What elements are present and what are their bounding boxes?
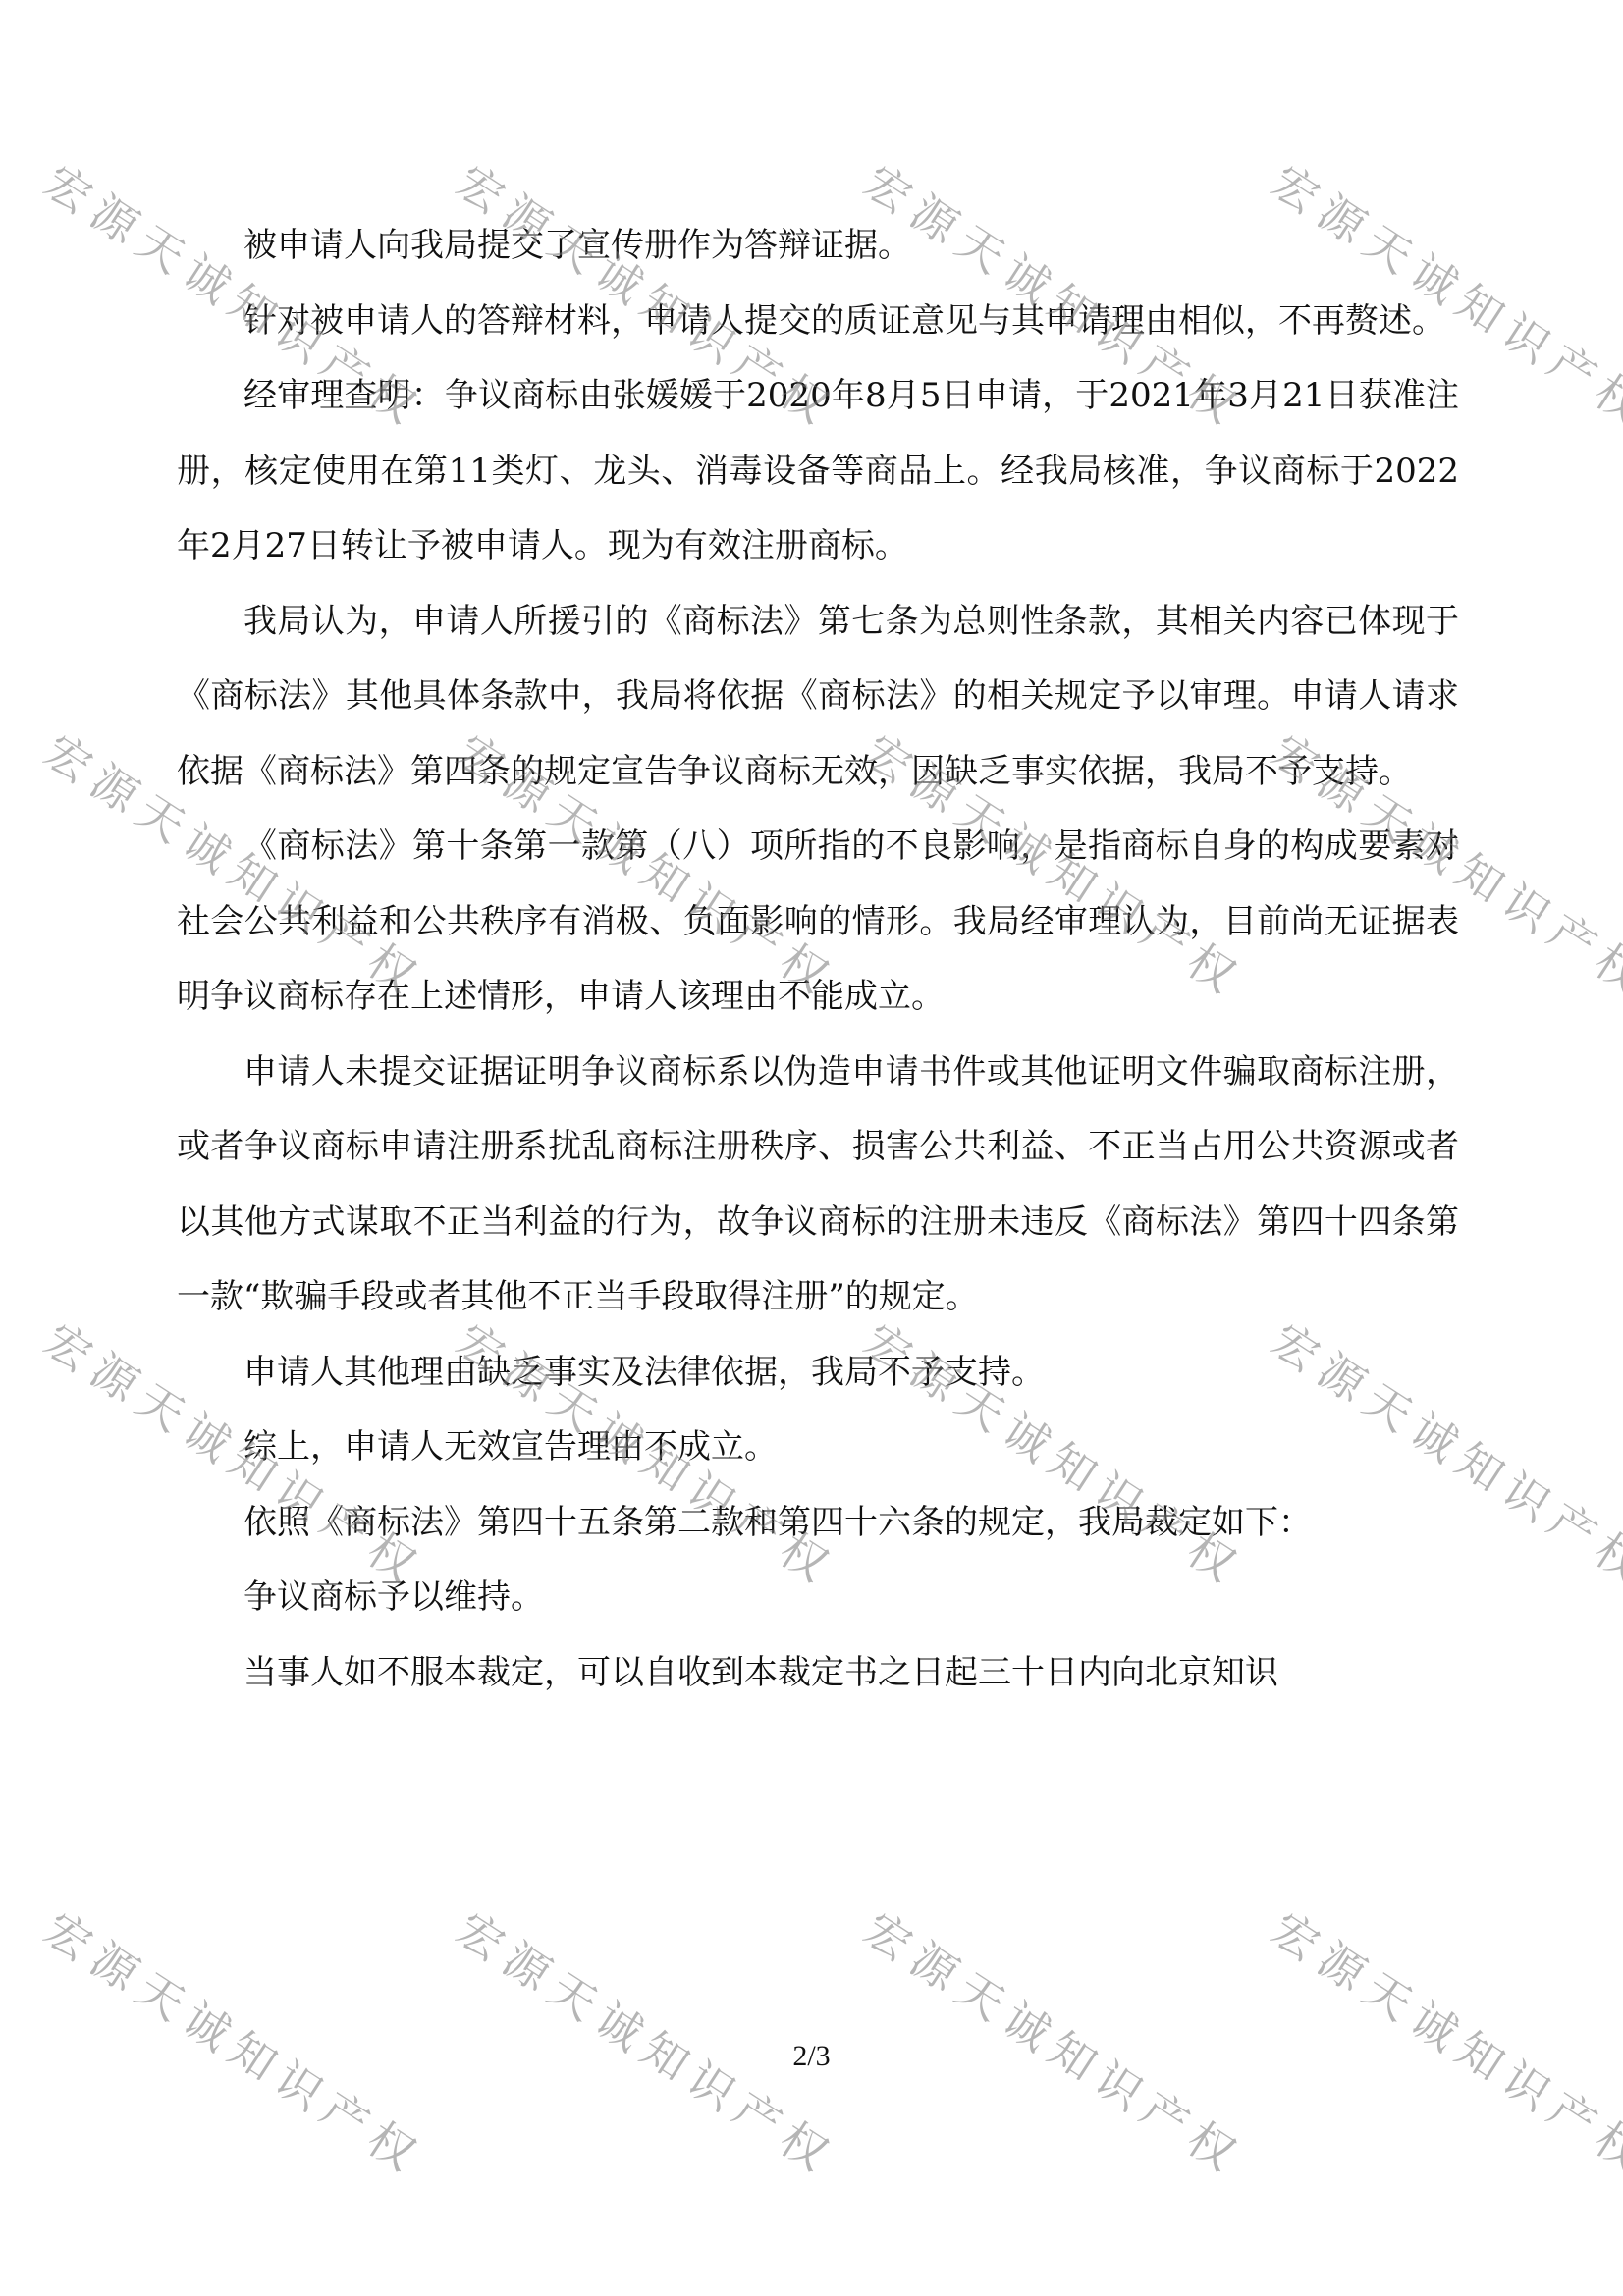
document-page: 被申请人向我局提交了宣传册作为答辩证据。 针对被申请人的答辩材料，申请人提交的质…	[0, 0, 1623, 2296]
paragraph-other-reasons: 申请人其他理由缺乏事实及法律依据，我局不予支持。	[177, 1335, 1459, 1411]
paragraph-article-7-analysis: 我局认为，申请人所援引的《商标法》第七条为总则性条款，其相关内容已体现于《商标法…	[177, 584, 1459, 810]
paragraph-appeal-notice: 当事人如不服本裁定，可以自收到本裁定书之日起三十日内向北京知识	[177, 1635, 1459, 1711]
document-body: 被申请人向我局提交了宣传册作为答辩证据。 针对被申请人的答辩材料，申请人提交的质…	[177, 208, 1459, 1710]
paragraph-article-44-analysis: 申请人未提交证据证明争议商标系以伪造申请书件或其他证明文件骗取商标注册，或者争议…	[177, 1035, 1459, 1335]
paragraph-facts-found: 经审理查明：争议商标由张媛媛于2020年8月5日申请，于2021年3月21日获准…	[177, 358, 1459, 584]
paragraph-defense-evidence: 被申请人向我局提交了宣传册作为答辩证据。	[177, 208, 1459, 284]
paragraph-cross-examination: 针对被申请人的答辩材料，申请人提交的质证意见与其申请理由相似，不再赘述。	[177, 284, 1459, 359]
paragraph-summary: 综上，申请人无效宣告理由不成立。	[177, 1410, 1459, 1485]
paragraph-article-10-analysis: 《商标法》第十条第一款第（八）项所指的不良影响，是指商标自身的构成要素对社会公共…	[177, 809, 1459, 1035]
page-number: 2/3	[0, 2040, 1623, 2073]
paragraph-legal-basis: 依照《商标法》第四十五条第二款和第四十六条的规定，我局裁定如下：	[177, 1485, 1459, 1561]
paragraph-ruling: 争议商标予以维持。	[177, 1560, 1459, 1635]
